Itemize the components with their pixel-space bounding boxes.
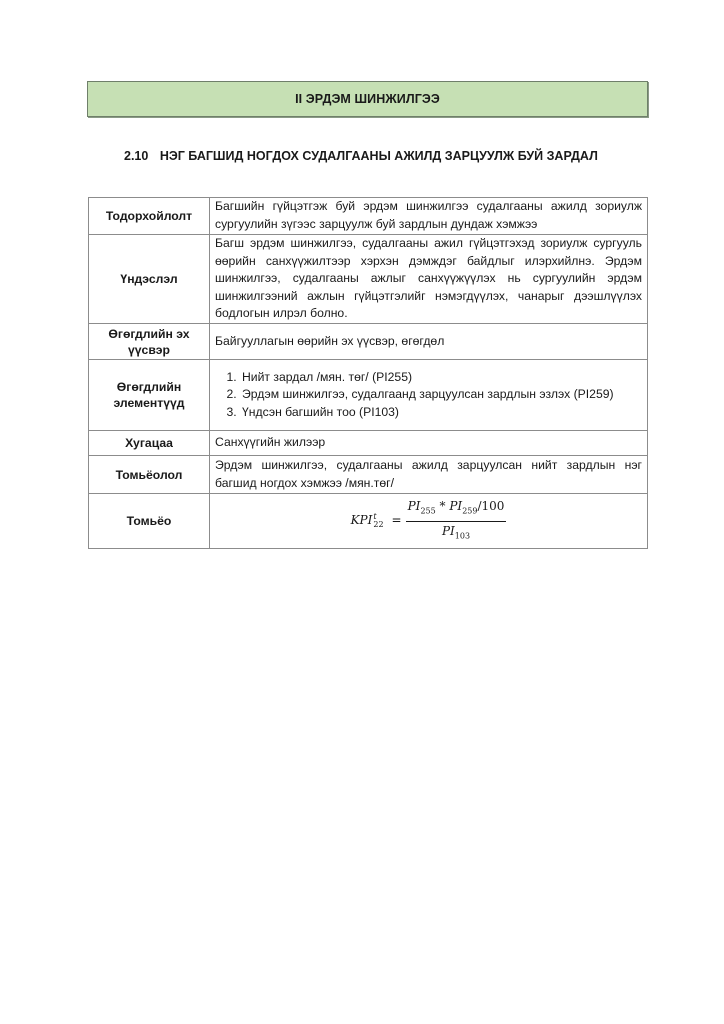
table-row-rationale: Үндэслэл Багш эрдэм шинжилгээ, судалгаан… [89,235,648,324]
row-value: Багш эрдэм шинжилгээ, судалгааны ажил гү… [210,235,648,324]
row-label: Томьёо [89,494,210,549]
formula-lhs-sub: 22 [373,521,383,529]
row-label: Өгөгдлийн эх үүсвэр [89,324,210,360]
formula-divisor: /100 [477,499,504,513]
formula-fraction: PI255 * PI259/100 PI103 [406,498,507,545]
formula-operator: * [436,499,450,513]
row-value: Байгууллагын өөрийн эх үүсвэр, өгөгдөл [210,324,648,360]
formula-term: PI [442,524,455,538]
table-row-definition: Тодорхойлолт Багшийн гүйцэтгэж буй эрдэм… [89,198,648,235]
row-label: Хугацаа [89,431,210,456]
section-title: II ЭРДЭМ ШИНЖИЛГЭЭ [295,92,440,106]
formula-lhs: KPIt22 [351,512,384,530]
row-value: Нийт зардал /мян. төг/ (PI255) Эрдэм шин… [210,360,648,431]
list-item: Үндсэн багшийн тоо (PI103) [240,404,642,422]
table-row-data-elements: Өгөгдлийн элементүүд Нийт зардал /мян. т… [89,360,648,431]
formula-term: PI [449,499,462,513]
row-value: Санхүүгийн жилээр [210,431,648,456]
subsection-title: НЭГ БАГШИД НОГДОХ СУДАЛГААНЫ АЖИЛД ЗАРЦУ… [160,149,598,163]
formula-lhs-symbol: KPI [351,513,373,527]
formula-denominator: PI103 [442,522,470,545]
formula-equals: = [392,512,402,530]
row-value: Эрдэм шинжилгээ, судалгааны ажилд зарцуу… [210,456,648,494]
data-elements-list: Нийт зардал /мян. төг/ (PI255) Эрдэм шин… [215,369,642,422]
section-banner: II ЭРДЭМ ШИНЖИЛГЭЭ [87,81,648,117]
table-row-formula: Томьёо KPIt22 = PI255 * PI259/100 PI103 [89,494,648,549]
table-row-period: Хугацаа Санхүүгийн жилээр [89,431,648,456]
row-value: KPIt22 = PI255 * PI259/100 PI103 [210,494,648,549]
table-row-formulation: Томьёолол Эрдэм шинжилгээ, судалгааны аж… [89,456,648,494]
row-label: Томьёолол [89,456,210,494]
kpi-definition-table: Тодорхойлолт Багшийн гүйцэтгэж буй эрдэм… [88,197,648,549]
formula-term: PI [408,499,421,513]
row-label: Өгөгдлийн элементүүд [89,360,210,431]
kpi-formula: KPIt22 = PI255 * PI259/100 PI103 [215,498,642,545]
table-row-data-source: Өгөгдлийн эх үүсвэр Байгууллагын өөрийн … [89,324,648,360]
formula-sub: 259 [462,506,477,515]
subsection-heading: 2.10 НЭГ БАГШИД НОГДОХ СУДАЛГААНЫ АЖИЛД … [124,149,598,163]
row-label: Тодорхойлолт [89,198,210,235]
list-item: Нийт зардал /мян. төг/ (PI255) [240,369,642,387]
subsection-number: 2.10 [124,149,148,163]
row-label: Үндэслэл [89,235,210,324]
row-value: Багшийн гүйцэтгэж буй эрдэм шинжилгээ су… [210,198,648,235]
list-item: Эрдэм шинжилгээ, судалгаанд зарцуулсан з… [240,386,642,404]
formula-sub: 255 [420,506,435,515]
formula-sub: 103 [455,531,470,540]
formula-numerator: PI255 * PI259/100 [406,498,507,522]
